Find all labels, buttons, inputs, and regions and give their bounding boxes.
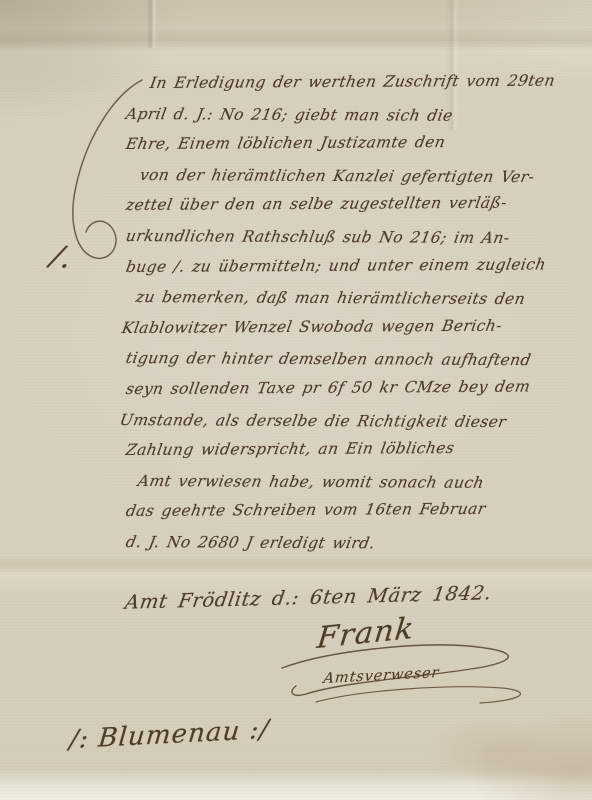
- manuscript-line: seyn sollenden Taxe pr 6f 50 kr CMze bey…: [123, 371, 579, 404]
- signature-title: Amtsverweser: [323, 665, 441, 687]
- signature-name: Frank: [315, 611, 416, 656]
- margin-reference-mark: /.: [47, 239, 77, 276]
- manuscript-line: Klablowitzer Wenzel Swoboda wegen Berich…: [119, 310, 579, 343]
- place-date-line: Amt Frödlitz d.: 6ten März 1842.: [123, 581, 493, 614]
- manuscript-line: buge /. zu übermitteln; und unter einem …: [123, 249, 579, 282]
- manuscript-line: das geehrte Schreiben vom 16ten Februar: [123, 494, 579, 527]
- manuscript-line: In Erledigung der werthen Zuschrift vom …: [147, 65, 579, 98]
- manuscript-line: Ehre, Einem löblichen Justizamte den: [123, 126, 579, 159]
- manuscript-line: d. J. No 2680 J erledigt wird.: [123, 527, 578, 560]
- manuscript-line: Zahlung widerspricht, an Ein löbliches: [123, 432, 579, 465]
- docket-note-blumenau: /: Blumenau :/: [68, 715, 271, 755]
- letter-body: In Erledigung der werthen Zuschrift vom …: [126, 68, 576, 558]
- signature-title-flourish: [316, 687, 520, 703]
- letter-scan: /. In Erledigung der werthen Zuschrift v…: [0, 0, 592, 800]
- fold-crease-vertical-left: [146, 0, 158, 48]
- manuscript-line: zettel über den an selbe zugestellten ve…: [123, 188, 579, 221]
